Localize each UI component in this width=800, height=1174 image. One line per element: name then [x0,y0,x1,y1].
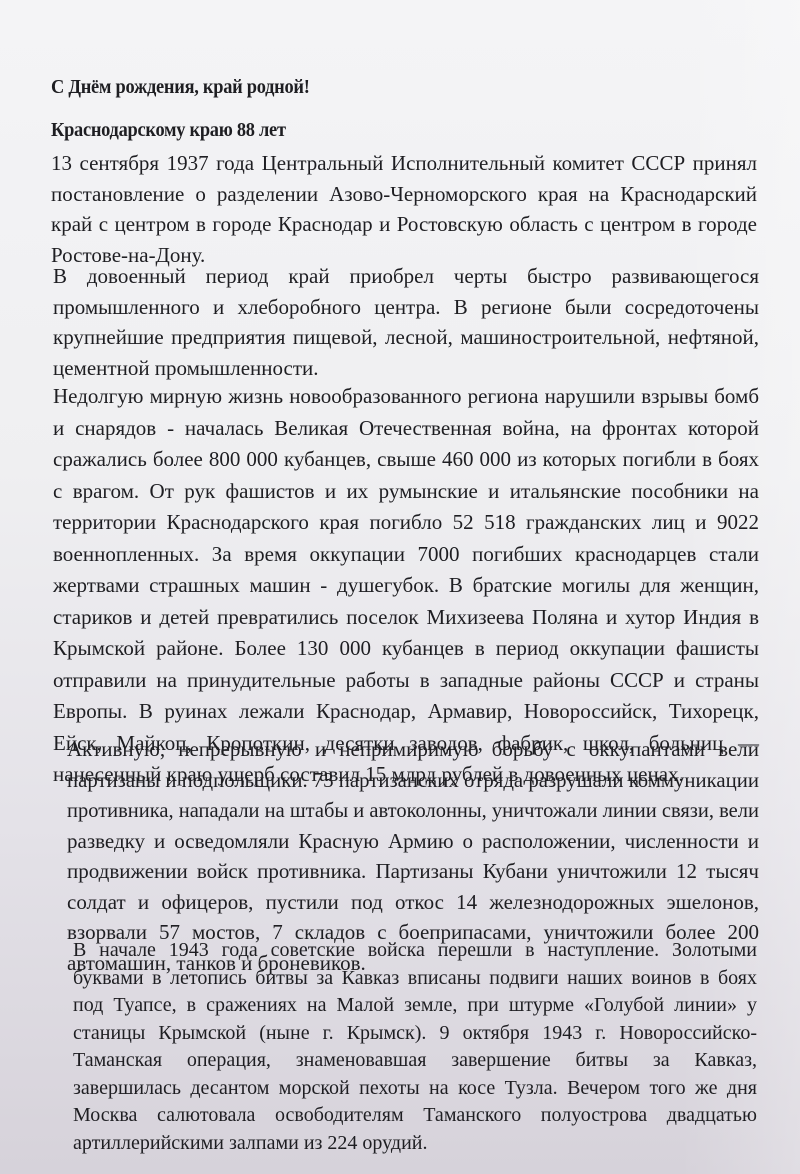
text-line: Москва салютовала освободителям Таманско… [73,1102,757,1130]
text-line: крупнейшие предприятия пищевой, лесной, … [53,322,759,353]
text-line: сражались более 800 000 кубанцев, свыше … [53,444,759,476]
text-line: В довоенный период край приобрел черты б… [53,261,759,292]
text-line: 13 сентября 1937 года Центральный Исполн… [51,148,757,179]
text-line: отправили на принудительные работы в зап… [53,665,759,697]
text-line: солдат и офицеров, пустили под откос 14 … [67,887,759,918]
text-line: промышленного и хлеборобного центра. В р… [53,292,759,323]
text-line: артиллерийскими залпами из 224 орудий. [73,1130,757,1158]
text-line: партизаны и подпольщики. 73 партизанских… [67,765,759,796]
text-line: жертвами страшных машин - душегубок. В б… [53,570,759,602]
text-line: противника, нападали на штабы и автоколо… [67,795,759,826]
text-line: и снарядов - началась Великая Отечествен… [53,413,759,445]
paragraph-formation: 13 сентября 1937 года Центральный Исполн… [51,148,757,270]
text-line: продвижении войск противника. Партизаны … [67,856,759,887]
text-line: Крымской районе. Более 130 000 кубанцев … [53,633,759,665]
document-title: С Днём рождения, край родной! [51,76,310,99]
text-line: В начале 1943 года советские войска пере… [73,937,757,965]
text-line: постановление о разделении Азово-Черномо… [51,179,757,210]
text-line: завершилась десантом морской пехоты на к… [73,1075,757,1103]
text-line: с врагом. От рук фашистов и их румынские… [53,476,759,508]
document-subtitle: Краснодарскому краю 88 лет [51,119,286,142]
paragraph-liberation: В начале 1943 года советские войска пере… [73,937,757,1157]
document-page: С Днём рождения, край родной! Краснодарс… [0,0,800,1174]
text-line: территории Краснодарского края погибло 5… [53,507,759,539]
text-line: Недолгую мирную жизнь новообразованного … [53,381,759,413]
text-line: край с центром в городе Краснодар и Рост… [51,209,757,240]
paragraph-war: Недолгую мирную жизнь новообразованного … [53,381,759,791]
text-line: Таманская операция, знаменовавшая заверш… [73,1047,757,1075]
text-line: разведку и осведомляли Красную Армию о р… [67,826,759,857]
text-line: под Туапсе, в сражениях на Малой земле, … [73,992,757,1020]
text-line: стариков и детей превратились поселок Ми… [53,602,759,634]
text-line: буквами в летопись битвы за Кавказ вписа… [73,965,757,993]
text-line: военнопленных. За время оккупации 7000 п… [53,539,759,571]
text-line: цементной промышленности. [53,353,759,384]
text-line: станицы Крымской (ныне г. Крымск). 9 окт… [73,1020,757,1048]
text-line: Европы. В руинах лежали Краснодар, Армав… [53,696,759,728]
text-line: Активную, непрерывную и непримиримую бор… [67,734,759,765]
paragraph-prewar: В довоенный период край приобрел черты б… [53,261,759,383]
